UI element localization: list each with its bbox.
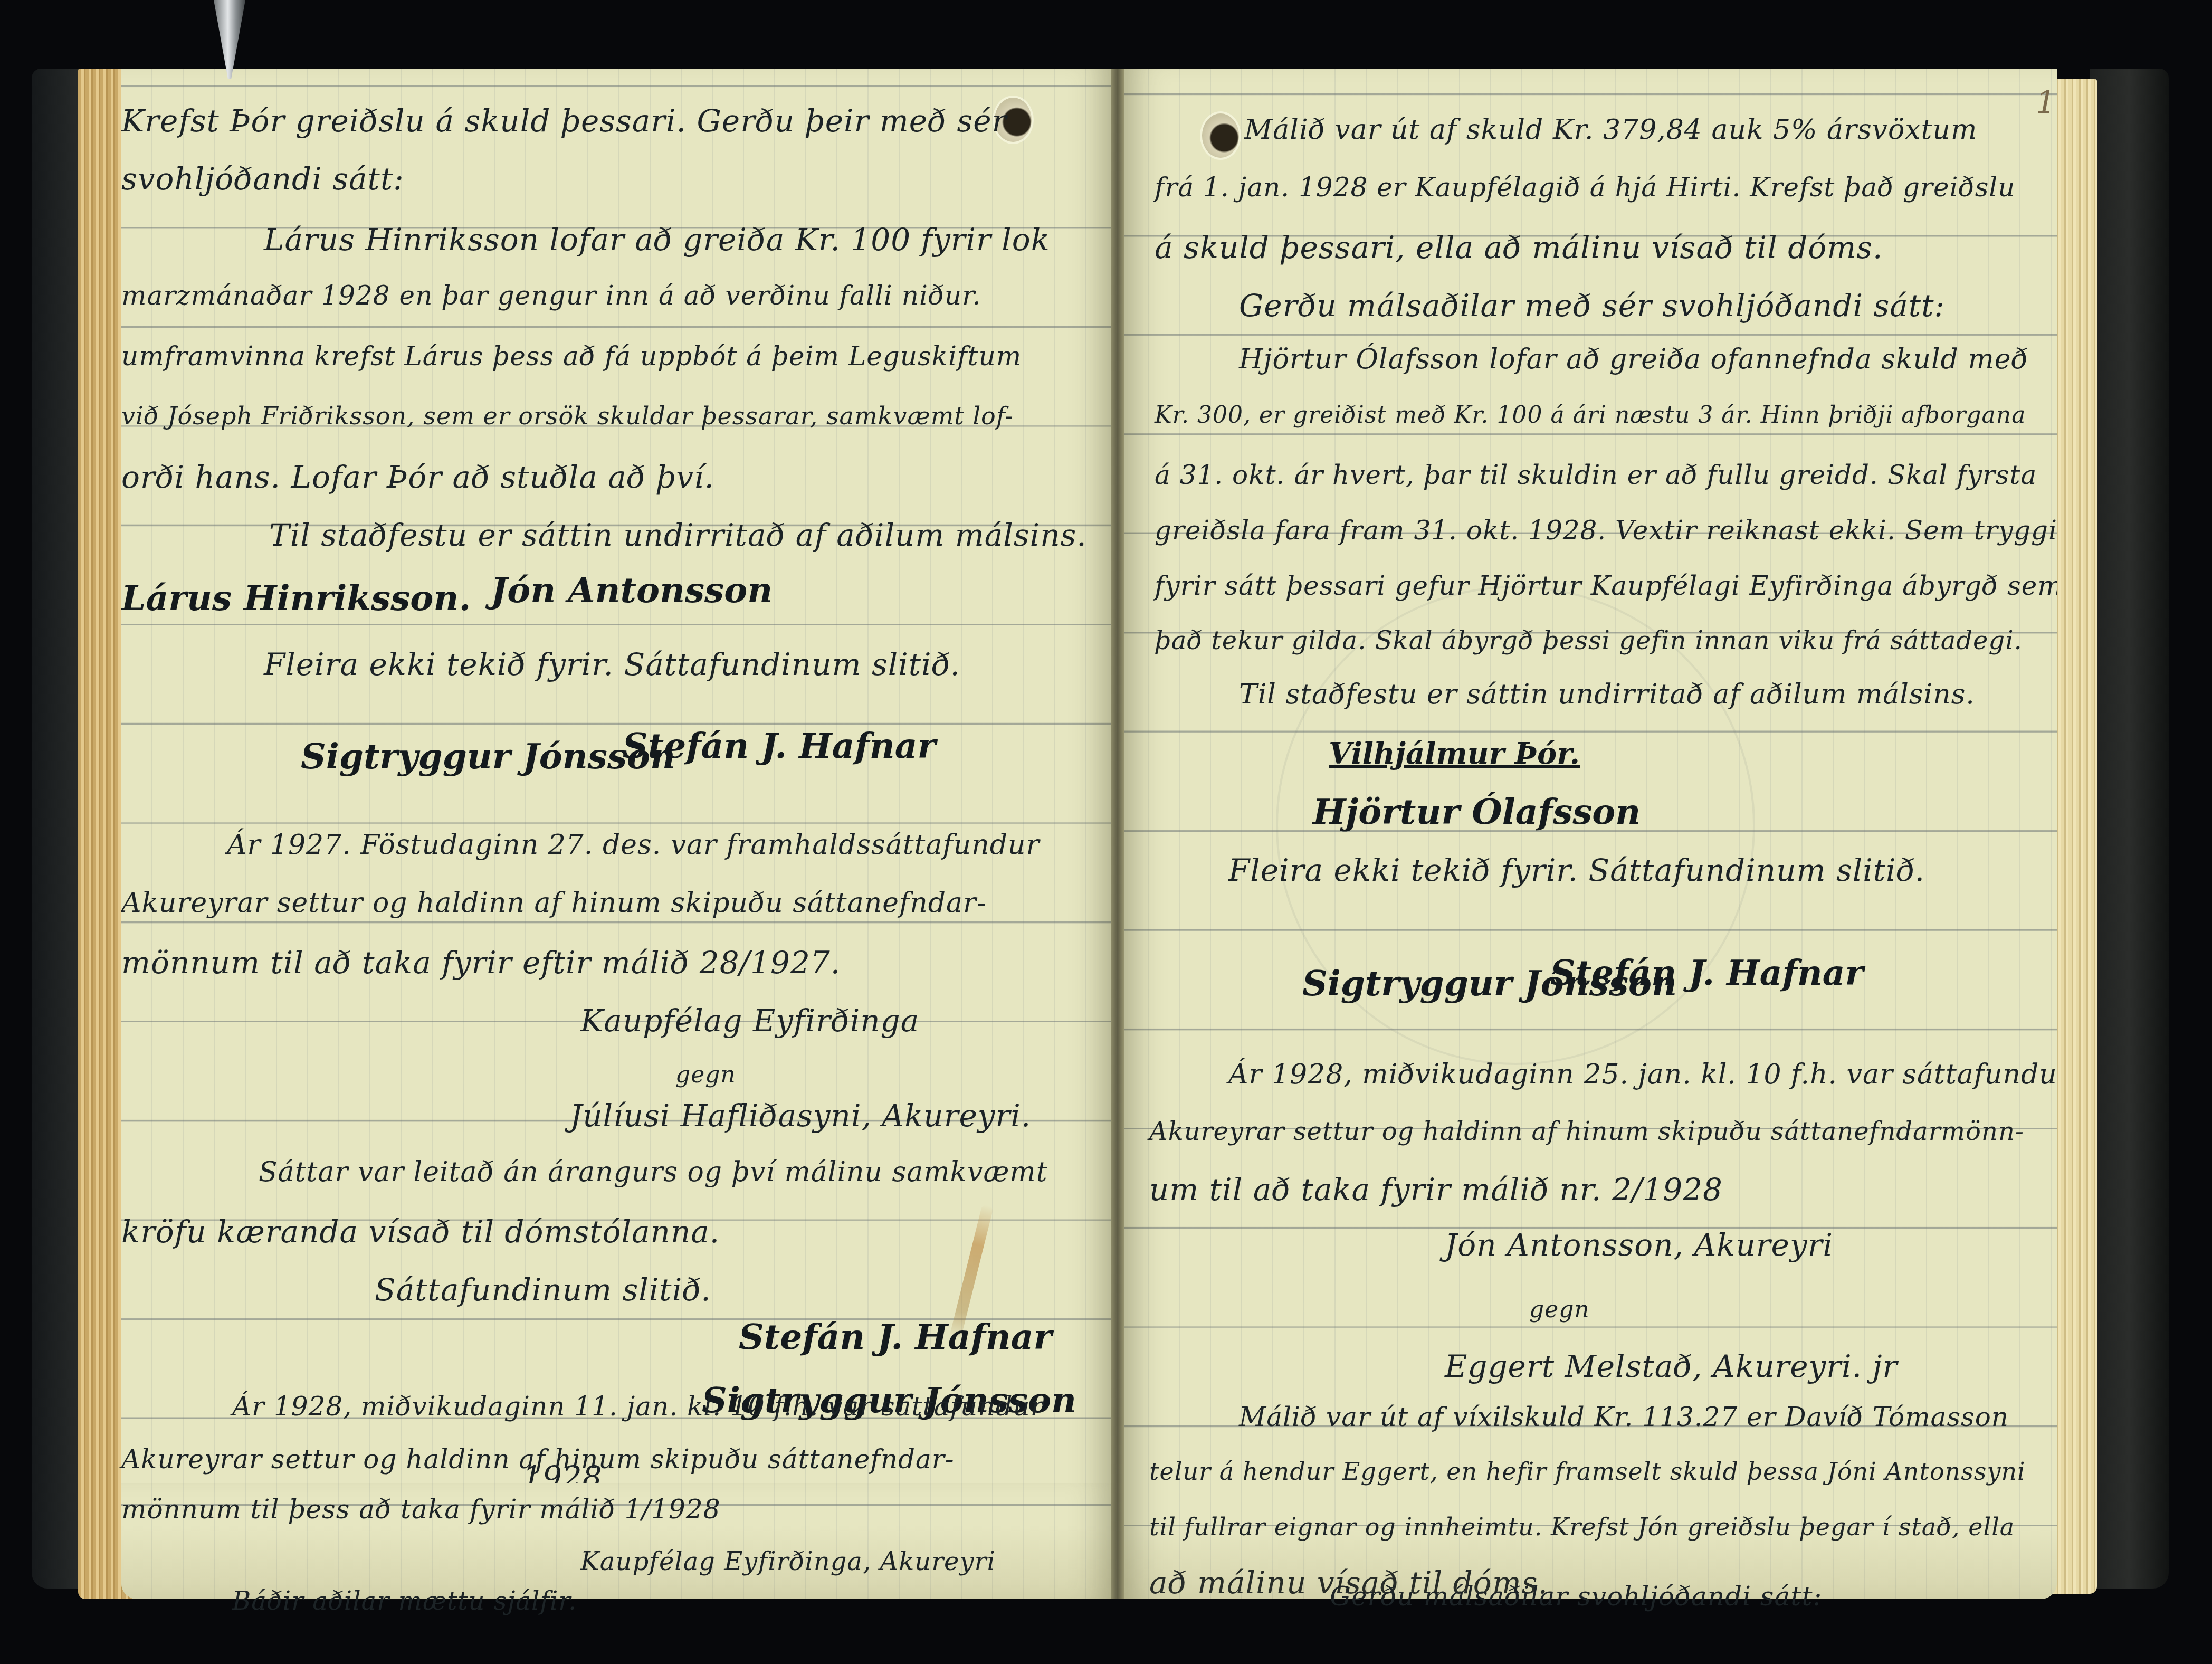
text-line: á 31. okt. ár hvert, þar til skuldin er … xyxy=(1155,462,2037,488)
text-line: Sáttar var leitað án árangurs og því mál… xyxy=(259,1158,1048,1186)
page-number: 109 xyxy=(2036,84,2057,121)
signature: Stefán J. Hafnar xyxy=(1550,955,1863,990)
text-line: við Jóseph Friðriksson, sem er orsök sku… xyxy=(121,404,1014,428)
text-line: greiðsla fara fram 31. okt. 1928. Vextir… xyxy=(1155,517,2057,544)
party-name: Eggert Melstað, Akureyri. jr xyxy=(1445,1351,1898,1382)
party-name: Jón Antonsson, Akureyri xyxy=(1445,1230,1833,1260)
punch-hole xyxy=(1202,113,1239,158)
text-line: Málið var út af víxilskuld Kr. 113.27 er… xyxy=(1239,1404,2009,1430)
text-line: frá 1. jan. 1928 er Kaupfélagið á hjá Hi… xyxy=(1155,174,2016,201)
text-line: mönnum til þess að taka fyrir málið 1/19… xyxy=(121,1496,720,1523)
versus-label: gegn xyxy=(1529,1298,1590,1321)
text-line: Ár 1928, miðvikudaginn 11. jan. kl. 10 f… xyxy=(232,1393,1044,1420)
text-line: Akureyrar settur og haldinn af hinum ski… xyxy=(121,1446,955,1472)
text-line: Til staðfestu er sáttin undirritað af að… xyxy=(1239,681,1975,708)
signature: Vilhjálmur Þór. xyxy=(1329,739,1580,768)
text-line: Gerðu málsaðilar með sér svohljóðandi sá… xyxy=(1239,290,1945,321)
signature: Stefán J. Hafnar xyxy=(739,1319,1052,1354)
text-line: Báðir aðilar mættu sjálfir. xyxy=(232,1589,577,1614)
text-line: Lárus Hinriksson lofar að greiða Kr. 100… xyxy=(264,224,1050,255)
left-page: Krefst Þór greiðslu á skuld þessari. Ger… xyxy=(121,69,1119,1599)
versus-label: gegn xyxy=(675,1063,736,1087)
party-name: Júlíusi Hafliðasyni, Akureyri. xyxy=(570,1100,1031,1131)
text-line: marzmánaðar 1928 en þar gengur inn á að … xyxy=(121,282,981,309)
signature: Sigtryggur Jónsson xyxy=(301,739,675,774)
text-line: Ár 1928, miðvikudaginn 25. jan. kl. 10 f… xyxy=(1228,1061,2057,1088)
page-holder-blade xyxy=(214,0,245,79)
book-cover-right xyxy=(2090,69,2169,1589)
text-line: Krefst Þór greiðslu á skuld þessari. Ger… xyxy=(121,106,1007,136)
text-line: kröfu kæranda vísað til dómstólanna. xyxy=(121,1216,720,1247)
text-line: Kr. 300, er greiðist með Kr. 100 á ári n… xyxy=(1155,404,2026,427)
signature: Hjörtur Ólafsson xyxy=(1313,794,1641,829)
text-line: Til staðfestu er sáttin undirritað af að… xyxy=(269,520,1087,550)
text-line: mönnum til að taka fyrir eftir málið 28/… xyxy=(121,947,841,978)
text-line: Akureyrar settur og haldinn af hinum ski… xyxy=(121,889,986,917)
signature: Stefán J. Hafnar xyxy=(623,728,936,763)
text-line: Gerðu málsaðilar svohljóðandi sátt: xyxy=(1330,1583,1822,1610)
text-line: til fullrar eignar og innheimtu. Krefst … xyxy=(1149,1515,2015,1539)
party-name: Kaupfélag Eyfirðinga xyxy=(580,1005,919,1036)
text-line: fyrir sátt þessari gefur Hjörtur Kaupfél… xyxy=(1155,573,2057,599)
party-name: Kaupfélag Eyfirðinga, Akureyri xyxy=(580,1549,996,1574)
text-line: umframvinna krefst Lárus þess að fá uppb… xyxy=(121,343,1022,369)
text-line: Ár 1927. Föstudaginn 27. des. var framha… xyxy=(227,831,1040,859)
text-line: Sáttafundinum slitið. xyxy=(375,1275,711,1305)
text-line: Hjörtur Ólafsson lofar að greiða ofannef… xyxy=(1239,346,2028,373)
text-line: Fleira ekki tekið fyrir. Sáttafundinum s… xyxy=(264,649,960,680)
text-line: Akureyrar settur og haldinn af hinum ski… xyxy=(1149,1119,2024,1144)
signature: Jón Antonsson xyxy=(491,573,773,607)
text-line: orði hans. Lofar Þór að stuðla að því. xyxy=(121,462,714,492)
text-line: svohljóðandi sátt: xyxy=(121,164,404,194)
signature: Lárus Hinriksson. xyxy=(121,581,471,615)
text-line: Fleira ekki tekið fyrir. Sáttafundinum s… xyxy=(1228,855,1925,886)
right-page: 109 Málið var út af skuld Kr. 379,84 auk… xyxy=(1118,69,2057,1599)
text-line: á skuld þessari, ella að málinu vísað ti… xyxy=(1155,232,1883,263)
text-line: telur á hendur Eggert, en hefir framselt… xyxy=(1149,1459,2026,1484)
text-line: það tekur gilda. Skal ábyrgð þessi gefin… xyxy=(1155,628,2023,653)
book-gutter xyxy=(1111,69,1124,1599)
text-line: Málið var út af skuld Kr. 379,84 auk 5% … xyxy=(1244,116,1977,144)
text-line: um til að taka fyrir málið nr. 2/1928 xyxy=(1149,1174,1723,1205)
